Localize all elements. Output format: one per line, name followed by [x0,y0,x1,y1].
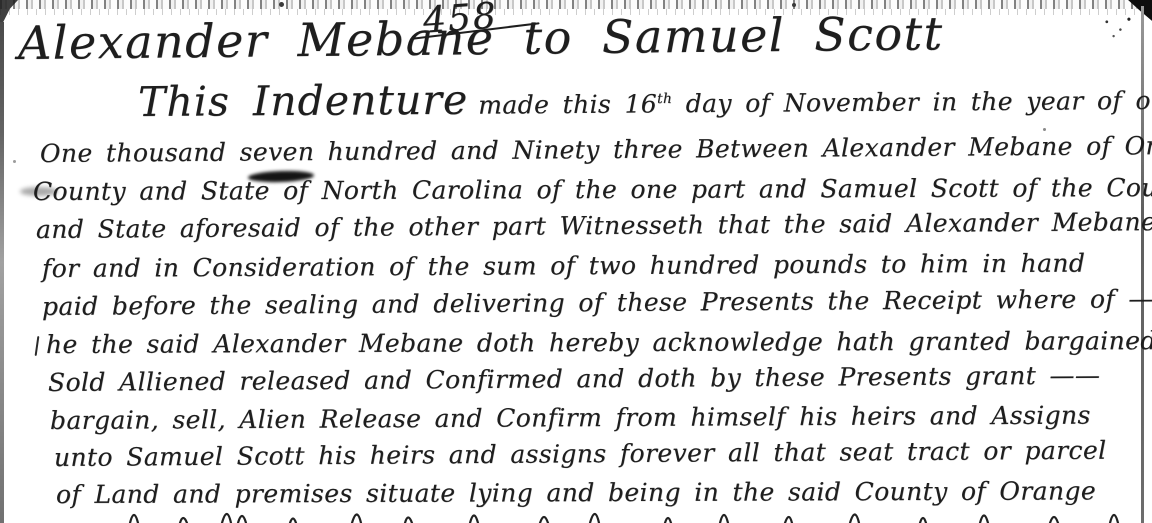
handwritten-line: bargain, sell, Alien Release and Confirm… [50,401,1091,435]
opening-date-suffix: day of November in the year of our Lord [672,85,1152,118]
handwritten-line: he the said Alexander Mebane doth hereby… [46,326,1152,359]
opening-phrase: This Indenture [138,76,469,126]
deed-title: Alexander Mebane to Samuel Scott [18,6,944,70]
handwritten-line: of Land and premises situate lying and b… [56,476,1096,509]
scanned-deed-page: 458 Alexander Mebane to Samuel Scott Thi… [0,0,1152,523]
opening-continuation: made this 16th day of November in the ye… [478,85,1152,119]
handwritten-line: County and State of North Carolina of th… [33,173,1152,206]
clipped-line-fragment [120,509,1130,523]
handwritten-line: for and in Consideration of the sum of t… [42,249,1085,283]
ink-speck [1043,128,1046,131]
ink-speck [13,160,16,163]
handwritten-line: and State aforesaid of the other part Wi… [36,207,1152,244]
scan-left-edge-line [0,22,4,523]
ink-speck [792,3,796,7]
stray-pen-stroke [35,336,40,356]
opening-line: This Indenturemade this 16th day of Nove… [138,70,1152,126]
handwritten-line: Sold Alliened released and Confirmed and… [48,361,1100,397]
ink-speck-cluster [1100,14,1134,40]
torn-paper-edge [0,0,1152,9]
handwritten-line: One thousand seven hundred and Ninety th… [40,131,1152,168]
ordinal-suffix: th [657,91,672,107]
handwritten-line: unto Samuel Scott his heirs and assigns … [54,436,1107,472]
handwritten-line: paid before the sealing and delivering o… [42,284,1152,321]
opening-date-prefix: made this 16 [478,89,657,119]
ink-speck [279,2,284,7]
